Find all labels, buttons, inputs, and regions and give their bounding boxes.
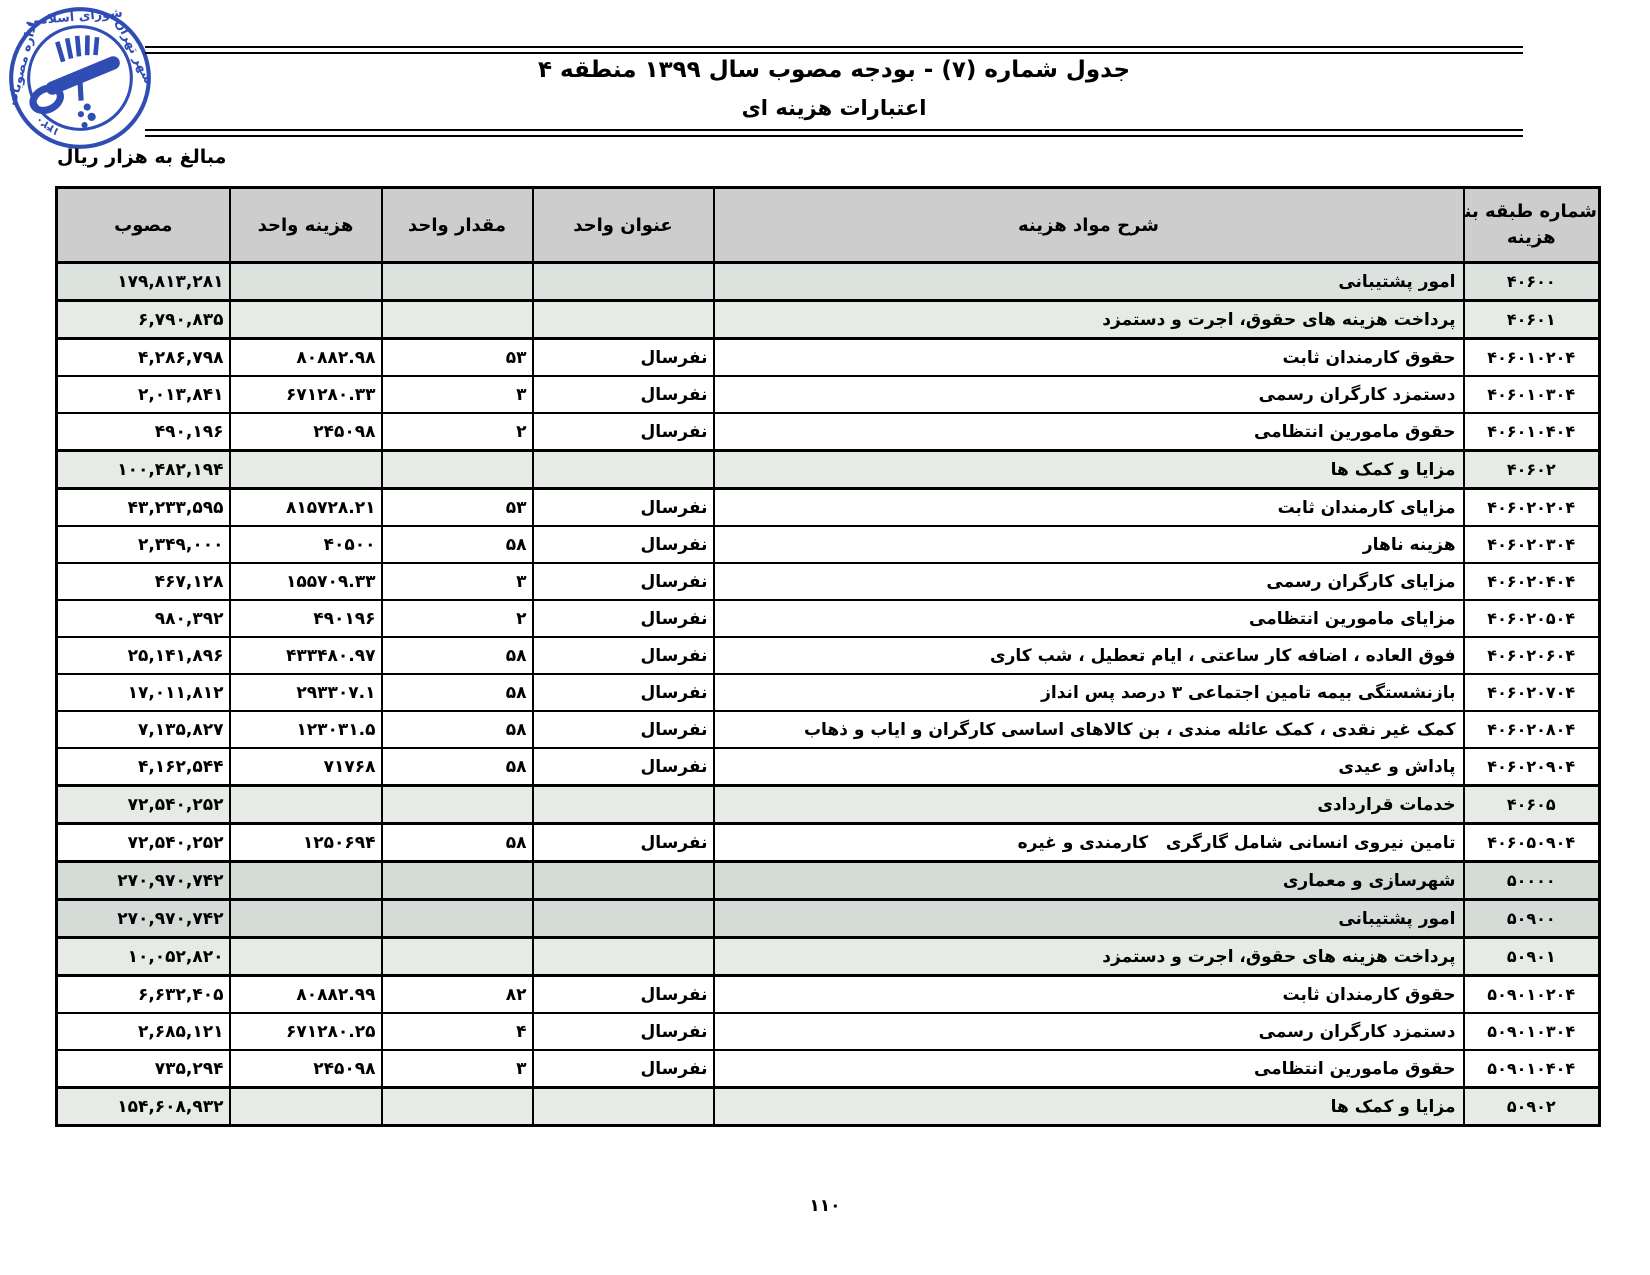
cell-code: ۴۰۶۰۲۰۶۰۴ (1464, 637, 1600, 674)
cell-unit-title (533, 1088, 714, 1126)
cell-unit-cost (230, 301, 382, 339)
cell-code: ۴۰۶۰۲۰۹۰۴ (1464, 748, 1600, 786)
cell-unit-cost: ۲۴۵۰۹۸ (230, 413, 382, 451)
cell-unit-cost (230, 263, 382, 301)
page-title: جدول شماره (۷) - بودجه مصوب سال ۱۳۹۹ منط… (145, 57, 1523, 83)
cell-approved: ۶,۷۹۰,۸۳۵ (57, 301, 230, 339)
title-bottom-rule (145, 129, 1523, 137)
cell-code: ۵۰۹۰۱ (1464, 938, 1600, 976)
cell-unit-cost: ۴۰۵۰۰ (230, 526, 382, 563)
cell-description: بازنشستگی بیمه تامین اجتماعی ۳ درصد پس ا… (714, 674, 1464, 711)
cell-code: ۴۰۶۰۱۰۴۰۴ (1464, 413, 1600, 451)
cell-unit-cost: ۴۳۳۴۸۰.۹۷ (230, 637, 382, 674)
cell-unit-cost: ۱۲۵۰۶۹۴ (230, 824, 382, 862)
cell-description: امور پشتیبانی (714, 900, 1464, 938)
cell-approved: ۶,۶۳۲,۴۰۵ (57, 976, 230, 1014)
cell-description: پاداش و عیدی (714, 748, 1464, 786)
cell-unit-cost: ۶۷۱۲۸۰.۲۵ (230, 1013, 382, 1050)
cell-unit-cost: ۸۰۸۸۲.۹۹ (230, 976, 382, 1014)
table-row: ۴۰۶۰۲۰۳۰۴هزینه ناهارنفرسال۵۸۴۰۵۰۰۲,۳۴۹,۰… (57, 526, 1600, 563)
cell-description: هزینه ناهار (714, 526, 1464, 563)
table-row: ۴۰۶۰۰امور پشتیبانی۱۷۹,۸۱۳,۲۸۱ (57, 263, 1600, 301)
cell-approved: ۲,۰۱۳,۸۴۱ (57, 376, 230, 413)
header-code-line2: هزینه (1466, 225, 1598, 251)
cell-unit-cost: ۴۹۰۱۹۶ (230, 600, 382, 637)
cell-approved: ۷۲,۵۴۰,۲۵۲ (57, 824, 230, 862)
table-row: ۵۰۹۰۰امور پشتیبانی۲۷۰,۹۷۰,۷۴۲ (57, 900, 1600, 938)
cell-unit-quantity: ۵۸ (382, 637, 533, 674)
table-row: ۵۰۰۰۰شهرسازی و معماری۲۷۰,۹۷۰,۷۴۲ (57, 862, 1600, 900)
cell-unit-quantity: ۳ (382, 1050, 533, 1088)
cell-approved: ۴۶۷,۱۲۸ (57, 563, 230, 600)
cell-description: مزایای مامورین انتظامی (714, 600, 1464, 637)
cell-code: ۵۰۹۰۱۰۳۰۴ (1464, 1013, 1600, 1050)
header-row: شماره طبقه بندی هزینه شرح مواد هزینه عنو… (57, 188, 1600, 263)
table-row: ۴۰۶۰۲۰۲۰۴مزایای کارمندان ثابتنفرسال۵۳۸۱۵… (57, 489, 1600, 527)
table-row: ۴۰۶۰۱پرداخت هزینه های حقوق، اجرت و دستمز… (57, 301, 1600, 339)
cell-unit-cost: ۱۵۵۷۰۹.۳۳ (230, 563, 382, 600)
page-number: ۱۱۰ (55, 1196, 1595, 1216)
cell-description: شهرسازی و معماری (714, 862, 1464, 900)
cell-unit-quantity: ۴ (382, 1013, 533, 1050)
cell-description: حقوق مامورین انتظامی (714, 1050, 1464, 1088)
cell-unit-cost: ۲۹۳۳۰۷.۱ (230, 674, 382, 711)
cell-approved: ۴۳,۲۳۳,۵۹۵ (57, 489, 230, 527)
cell-unit-title: نفرسال (533, 600, 714, 637)
cell-unit-quantity: ۵۳ (382, 489, 533, 527)
cell-unit-cost (230, 938, 382, 976)
cell-approved: ۴,۱۶۲,۵۴۴ (57, 748, 230, 786)
cell-description: فوق العاده ، اضافه کار ساعتی ، ایام تعطی… (714, 637, 1464, 674)
table-row: ۴۰۶۰۵خدمات قراردادی۷۲,۵۴۰,۲۵۲ (57, 786, 1600, 824)
cell-code: ۴۰۶۰۲۰۲۰۴ (1464, 489, 1600, 527)
cell-code: ۴۰۶۰۲۰۵۰۴ (1464, 600, 1600, 637)
page-subtitle: اعتبارات هزینه ای (145, 96, 1523, 120)
cell-description: کمک غیر نقدی ، کمک عائله مندی ، بن کالاه… (714, 711, 1464, 748)
cell-unit-title: نفرسال (533, 489, 714, 527)
cell-unit-quantity (382, 862, 533, 900)
cell-description: مزایا و کمک ها (714, 1088, 1464, 1126)
table-row: ۴۰۶۰۲۰۸۰۴کمک غیر نقدی ، کمک عائله مندی ،… (57, 711, 1600, 748)
cell-unit-quantity: ۳ (382, 376, 533, 413)
table-row: ۴۰۶۰۲۰۶۰۴فوق العاده ، اضافه کار ساعتی ، … (57, 637, 1600, 674)
cell-code: ۵۰۹۰۱۰۲۰۴ (1464, 976, 1600, 1014)
table-row: ۵۰۹۰۱۰۲۰۴حقوق کارمندان ثابتنفرسال۸۲۸۰۸۸۲… (57, 976, 1600, 1014)
cell-code: ۴۰۶۰۵ (1464, 786, 1600, 824)
cell-unit-title (533, 263, 714, 301)
header-code-line1: شماره طبقه بندی (1466, 199, 1598, 225)
cell-code: ۴۰۶۰۲۰۳۰۴ (1464, 526, 1600, 563)
table-row: ۵۰۹۰۱پرداخت هزینه های حقوق، اجرت و دستمز… (57, 938, 1600, 976)
table-row: ۵۰۹۰۱۰۳۰۴دستمزد کارگران رسمینفرسال۴۶۷۱۲۸… (57, 1013, 1600, 1050)
cell-unit-quantity (382, 900, 533, 938)
cell-unit-quantity: ۵۸ (382, 526, 533, 563)
cell-code: ۴۰۶۰۲۰۷۰۴ (1464, 674, 1600, 711)
header-approved: مصوب (57, 188, 230, 263)
table-row: ۵۰۹۰۱۰۴۰۴حقوق مامورین انتظامینفرسال۳۲۴۵۰… (57, 1050, 1600, 1088)
cell-unit-title: نفرسال (533, 711, 714, 748)
cell-unit-quantity (382, 451, 533, 489)
cell-approved: ۱۰,۰۵۲,۸۲۰ (57, 938, 230, 976)
cell-approved: ۱۵۴,۶۰۸,۹۳۲ (57, 1088, 230, 1126)
cell-unit-cost (230, 786, 382, 824)
cell-description: حقوق کارمندان ثابت (714, 976, 1464, 1014)
table-row: ۴۰۶۰۲۰۵۰۴مزایای مامورین انتظامینفرسال۲۴۹… (57, 600, 1600, 637)
cell-code: ۵۰۹۰۲ (1464, 1088, 1600, 1126)
cell-code: ۵۰۹۰۰ (1464, 900, 1600, 938)
cell-approved: ۲,۶۸۵,۱۲۱ (57, 1013, 230, 1050)
table-row: ۴۰۶۰۵۰۹۰۴تامین نیروی انسانی شامل گارگری … (57, 824, 1600, 862)
cell-code: ۴۰۶۰۱۰۳۰۴ (1464, 376, 1600, 413)
cell-code: ۴۰۶۰۲۰۴۰۴ (1464, 563, 1600, 600)
cell-approved: ۷۳۵,۲۹۴ (57, 1050, 230, 1088)
cell-unit-title (533, 938, 714, 976)
cell-description: پرداخت هزینه های حقوق، اجرت و دستمزد (714, 938, 1464, 976)
cell-approved: ۹۸۰,۳۹۲ (57, 600, 230, 637)
cell-approved: ۲۷۰,۹۷۰,۷۴۲ (57, 862, 230, 900)
cell-code: ۴۰۶۰۵۰۹۰۴ (1464, 824, 1600, 862)
cell-unit-quantity: ۲ (382, 600, 533, 637)
cell-description: مزایا و کمک ها (714, 451, 1464, 489)
cell-approved: ۲۷۰,۹۷۰,۷۴۲ (57, 900, 230, 938)
header-unit-title: عنوان واحد (533, 188, 714, 263)
amounts-unit-note: مبالغ به هزار ریال (57, 146, 226, 168)
cell-code: ۴۰۶۰۲۰۸۰۴ (1464, 711, 1600, 748)
cell-code: ۴۰۶۰۰ (1464, 263, 1600, 301)
cell-description: دستمزد کارگران رسمی (714, 1013, 1464, 1050)
cell-unit-quantity: ۳ (382, 563, 533, 600)
cell-approved: ۷,۱۳۵,۸۲۷ (57, 711, 230, 748)
council-stamp-icon: اداره مصوبات شورای اسلامی شهر تهران ۱۴۲۰ (4, 2, 156, 154)
cell-unit-cost: ۶۷۱۲۸۰.۳۳ (230, 376, 382, 413)
cell-unit-quantity (382, 301, 533, 339)
cell-code: ۴۰۶۰۱۰۲۰۴ (1464, 339, 1600, 377)
cell-unit-title: نفرسال (533, 674, 714, 711)
cell-unit-title: نفرسال (533, 637, 714, 674)
cell-unit-quantity (382, 938, 533, 976)
cell-description: امور پشتیبانی (714, 263, 1464, 301)
cell-unit-cost: ۲۴۵۰۹۸ (230, 1050, 382, 1088)
cell-unit-title: نفرسال (533, 339, 714, 377)
document-page: اداره مصوبات شورای اسلامی شهر تهران ۱۴۲۰ (0, 0, 1650, 1275)
cell-unit-title (533, 862, 714, 900)
cell-unit-title: نفرسال (533, 824, 714, 862)
cell-approved: ۲,۳۴۹,۰۰۰ (57, 526, 230, 563)
cell-unit-quantity (382, 786, 533, 824)
cell-description: حقوق مامورین انتظامی (714, 413, 1464, 451)
cell-code: ۴۰۶۰۲ (1464, 451, 1600, 489)
cell-approved: ۱۷۹,۸۱۳,۲۸۱ (57, 263, 230, 301)
cell-description: تامین نیروی انسانی شامل گارگری کارمندی و… (714, 824, 1464, 862)
cell-approved: ۱۷,۰۱۱,۸۱۲ (57, 674, 230, 711)
cell-unit-quantity (382, 263, 533, 301)
budget-table-body: ۴۰۶۰۰امور پشتیبانی۱۷۹,۸۱۳,۲۸۱۴۰۶۰۱پرداخت… (57, 263, 1600, 1126)
cell-unit-title: نفرسال (533, 976, 714, 1014)
cell-unit-quantity: ۸۲ (382, 976, 533, 1014)
budget-table-header: شماره طبقه بندی هزینه شرح مواد هزینه عنو… (57, 188, 1600, 263)
table-row: ۴۰۶۰۲۰۹۰۴پاداش و عیدینفرسال۵۸۷۱۷۶۸۴,۱۶۲,… (57, 748, 1600, 786)
cell-approved: ۴۹۰,۱۹۶ (57, 413, 230, 451)
cell-unit-title: نفرسال (533, 413, 714, 451)
cell-unit-title: نفرسال (533, 563, 714, 600)
cell-code: ۵۰۹۰۱۰۴۰۴ (1464, 1050, 1600, 1088)
cell-unit-title: نفرسال (533, 376, 714, 413)
table-row: ۴۰۶۰۱۰۲۰۴حقوق کارمندان ثابتنفرسال۵۳۸۰۸۸۲… (57, 339, 1600, 377)
cell-unit-quantity: ۵۸ (382, 824, 533, 862)
cell-unit-title (533, 301, 714, 339)
cell-unit-quantity (382, 1088, 533, 1126)
cell-approved: ۴,۲۸۶,۷۹۸ (57, 339, 230, 377)
cell-unit-title: نفرسال (533, 1013, 714, 1050)
table-row: ۴۰۶۰۱۰۴۰۴حقوق مامورین انتظامینفرسال۲۲۴۵۰… (57, 413, 1600, 451)
header-description: شرح مواد هزینه (714, 188, 1464, 263)
table-row: ۴۰۶۰۱۰۳۰۴دستمزد کارگران رسمینفرسال۳۶۷۱۲۸… (57, 376, 1600, 413)
table-row: ۵۰۹۰۲مزایا و کمک ها۱۵۴,۶۰۸,۹۳۲ (57, 1088, 1600, 1126)
cell-code: ۴۰۶۰۱ (1464, 301, 1600, 339)
cell-description: خدمات قراردادی (714, 786, 1464, 824)
cell-approved: ۷۲,۵۴۰,۲۵۲ (57, 786, 230, 824)
cell-code: ۵۰۰۰۰ (1464, 862, 1600, 900)
cell-unit-quantity: ۵۸ (382, 748, 533, 786)
table-row: ۴۰۶۰۲۰۴۰۴مزایای کارگران رسمینفرسال۳۱۵۵۷۰… (57, 563, 1600, 600)
cell-description: پرداخت هزینه های حقوق، اجرت و دستمزد (714, 301, 1464, 339)
cell-unit-cost (230, 900, 382, 938)
cell-approved: ۱۰۰,۴۸۲,۱۹۴ (57, 451, 230, 489)
cell-unit-quantity: ۲ (382, 413, 533, 451)
header-unit-cost: هزینه واحد (230, 188, 382, 263)
title-top-rule (145, 46, 1523, 54)
cell-unit-cost (230, 862, 382, 900)
cell-unit-cost (230, 451, 382, 489)
cell-unit-quantity: ۵۸ (382, 711, 533, 748)
cell-unit-quantity: ۵۳ (382, 339, 533, 377)
cell-unit-quantity: ۵۸ (382, 674, 533, 711)
cell-unit-cost: ۱۲۳۰۳۱.۵ (230, 711, 382, 748)
cell-description: حقوق کارمندان ثابت (714, 339, 1464, 377)
header-unit-quantity: مقدار واحد (382, 188, 533, 263)
cell-unit-cost: ۷۱۷۶۸ (230, 748, 382, 786)
cell-description: مزایای کارگران رسمی (714, 563, 1464, 600)
cell-unit-title: نفرسال (533, 526, 714, 563)
cell-unit-cost: ۸۰۸۸۲.۹۸ (230, 339, 382, 377)
cell-unit-title: نفرسال (533, 1050, 714, 1088)
cell-unit-title (533, 786, 714, 824)
cell-unit-cost: ۸۱۵۷۲۸.۲۱ (230, 489, 382, 527)
table-row: ۴۰۶۰۲مزایا و کمک ها۱۰۰,۴۸۲,۱۹۴ (57, 451, 1600, 489)
budget-table: شماره طبقه بندی هزینه شرح مواد هزینه عنو… (55, 186, 1601, 1127)
cell-unit-title (533, 451, 714, 489)
header-code: شماره طبقه بندی هزینه (1464, 188, 1600, 263)
cell-description: دستمزد کارگران رسمی (714, 376, 1464, 413)
cell-unit-cost (230, 1088, 382, 1126)
cell-description: مزایای کارمندان ثابت (714, 489, 1464, 527)
table-row: ۴۰۶۰۲۰۷۰۴بازنشستگی بیمه تامین اجتماعی ۳ … (57, 674, 1600, 711)
cell-unit-title: نفرسال (533, 748, 714, 786)
cell-unit-title (533, 900, 714, 938)
cell-approved: ۲۵,۱۴۱,۸۹۶ (57, 637, 230, 674)
